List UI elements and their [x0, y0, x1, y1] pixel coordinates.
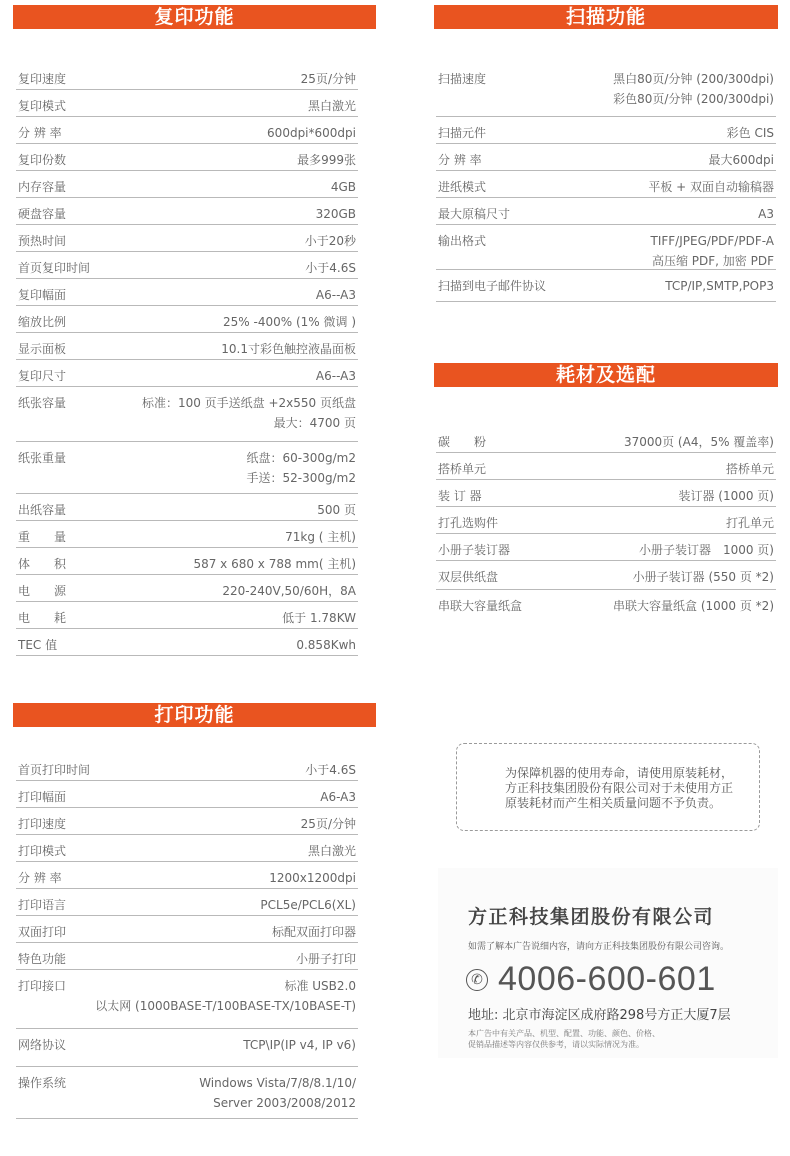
spec-value: 搭桥单元 [726, 459, 774, 479]
spec-value-line: 纸盘：60-300g/m2 [247, 448, 357, 468]
spec-value: 小于20秒 [305, 231, 356, 251]
spec-label: 扫描速度 [438, 69, 486, 89]
spec-row: 分 辨 率最大600dpi [436, 144, 776, 171]
spec-value: 黑白激光 [308, 841, 356, 861]
company-subtitle: 如需了解本广告说细内容，请向方正科技集团股份有限公司咨询。 [468, 939, 729, 952]
spec-value-line: PCL5e/PCL6(XL) [260, 895, 356, 915]
spec-value-line: 标准 USB2.0 [95, 976, 356, 996]
spec-value: A3 [758, 204, 774, 224]
spec-row: 首页复印时间小于4.6S [16, 252, 358, 279]
spec-row: 电 源220-240V,50/60H，8A [16, 575, 358, 602]
spec-row: 显示面板10.1寸彩色触控液晶面板 [16, 333, 358, 360]
spec-value-line: Windows Vista/7/8/8.1/10/ [199, 1073, 356, 1093]
spec-value-line: TCP\IP(IP v4, IP v6) [243, 1035, 356, 1055]
spec-value-line: 彩色 CIS [727, 123, 774, 143]
spec-row: 打印速度25页/分钟 [16, 808, 358, 835]
copy-section-header: 复印功能 [13, 5, 376, 29]
spec-row: 复印幅面A6--A3 [16, 279, 358, 306]
spec-label: 预热时间 [18, 231, 66, 251]
spec-value: 标准：100 页手送纸盘 +2x550 页纸盘最大：4700 页 [142, 393, 356, 433]
spec-value-line: 黑白80页/分钟 (200/300dpi) [613, 69, 774, 89]
spec-label: 输出格式 [438, 231, 486, 251]
spec-value: 彩色 CIS [727, 123, 774, 143]
spec-row: 小册子装订器小册子装订器 1000 页) [436, 534, 776, 561]
spec-value-line: 37000页 (A4，5% 覆盖率) [624, 432, 774, 452]
spec-value-line: 25页/分钟 [301, 814, 356, 834]
spec-label: 硬盘容量 [18, 204, 66, 224]
spec-row: 搭桥单元搭桥单元 [436, 453, 776, 480]
spec-label: 网络协议 [18, 1035, 66, 1055]
disclaimer-line-1: 本广告中有关产品、机型、配置、功能、颜色、价格、 [468, 1028, 660, 1039]
spec-value: 小册子装订器 1000 页) [639, 540, 774, 560]
spec-label: 特色功能 [18, 949, 66, 969]
spec-row: 扫描到电子邮件协议TCP/IP,SMTP,POP3 [436, 270, 776, 302]
spec-value: 纸盘：60-300g/m2手送：52-300g/m2 [247, 448, 357, 488]
spec-row: 复印速度25页/分钟 [16, 63, 358, 90]
spec-value: 最大600dpi [709, 150, 774, 170]
disclaimer: 本广告中有关产品、机型、配置、功能、颜色、价格、 促销品描述等内容仅供参考，请以… [468, 1028, 660, 1050]
spec-value-line: 彩色80页/分钟 (200/300dpi) [613, 89, 774, 109]
spec-row: 首页打印时间小于4.6S [16, 754, 358, 781]
spec-value-line: 小册子装订器 (550 页 *2) [633, 567, 774, 587]
spec-value-line: 串联大容量纸盒 (1000 页 *2) [613, 596, 774, 616]
spec-label: 复印幅面 [18, 285, 66, 305]
spec-value: 标准 USB2.0以太网 (1000BASE-T/100BASE-TX/10BA… [95, 976, 356, 1016]
copy-spec-table: 复印速度25页/分钟复印模式黑白激光分 辨 率600dpi*600dpi复印份数… [16, 63, 358, 656]
spec-label: 打孔选购件 [438, 513, 498, 533]
spec-row: 纸张容量标准：100 页手送纸盘 +2x550 页纸盘最大：4700 页 [16, 387, 358, 442]
spec-row: 双面打印标配双面打印器 [16, 916, 358, 943]
scan-section-header: 扫描功能 [434, 5, 778, 29]
company-address: 地址: 北京市海淀区成府路298号方正大厦7层 [468, 1004, 731, 1023]
spec-row: 缩放比例25% -400% (1% 微调 ) [16, 306, 358, 333]
spec-row: 输出格式TIFF/JPEG/PDF/PDF-A高压缩 PDF, 加密 PDF [436, 225, 776, 270]
spec-label: 分 辨 率 [18, 868, 62, 888]
spec-value: 4GB [331, 177, 356, 197]
spec-value: 黑白激光 [308, 96, 356, 116]
spec-row: 进纸模式平板 + 双面自动输稿器 [436, 171, 776, 198]
spec-value: TCP\IP(IP v4, IP v6) [243, 1035, 356, 1055]
spec-value-line: 高压缩 PDF, 加密 PDF [651, 251, 775, 271]
spec-row: 复印模式黑白激光 [16, 90, 358, 117]
phone-icon: ✆ [466, 969, 488, 991]
spec-label: 出纸容量 [18, 500, 66, 520]
spec-value-line: 小于20秒 [305, 231, 356, 251]
spec-row: 电 耗低于 1.78KW [16, 602, 358, 629]
spec-value-line: 587 x 680 x 788 mm( 主机) [193, 554, 356, 574]
spec-value: A6--A3 [316, 285, 356, 305]
spec-value-line: 黑白激光 [308, 96, 356, 116]
spec-label: 纸张容量 [18, 393, 66, 413]
spec-value: 25页/分钟 [301, 814, 356, 834]
spec-label: 搭桥单元 [438, 459, 486, 479]
phone-number[interactable]: 4006-600-601 [498, 960, 716, 999]
spec-value-line: 0.858Kwh [296, 635, 356, 655]
spec-label: 扫描到电子邮件协议 [438, 276, 546, 296]
genuine-supplies-notice: 为保障机器的使用寿命，请使用原装耗材，方正科技集团股份有限公司对于未使用方正原装… [456, 743, 760, 831]
spec-label: 复印模式 [18, 96, 66, 116]
spec-label: 复印份数 [18, 150, 66, 170]
spec-value-line: 71kg ( 主机) [285, 527, 356, 547]
spec-value: A6-A3 [320, 787, 356, 807]
spec-row: 分 辨 率1200x1200dpi [16, 862, 358, 889]
spec-label: 显示面板 [18, 339, 66, 359]
spec-value-line: 搭桥单元 [726, 459, 774, 479]
spec-value-line: 600dpi*600dpi [267, 123, 356, 143]
disclaimer-line-2: 促销品描述等内容仅供参考，请以实际情况为准。 [468, 1039, 660, 1050]
spec-value-line: 1200x1200dpi [269, 868, 356, 888]
spec-value-line: 320GB [316, 204, 356, 224]
print-spec-table: 首页打印时间小于4.6S打印幅面A6-A3打印速度25页/分钟打印模式黑白激光分… [16, 754, 358, 1119]
spec-value-line: 标配双面打印器 [272, 922, 356, 942]
spec-label: 打印速度 [18, 814, 66, 834]
spec-label: 打印接口 [18, 976, 66, 996]
spec-value-line: 4GB [331, 177, 356, 197]
spec-label: 扫描元件 [438, 123, 486, 143]
spec-value-line: 以太网 (1000BASE-T/100BASE-TX/10BASE-T) [95, 996, 356, 1016]
spec-label: 纸张重量 [18, 448, 66, 468]
spec-value: 最多999张 [297, 150, 356, 170]
spec-row: 内存容量4GB [16, 171, 358, 198]
consumables-section-header: 耗材及选配 [434, 363, 778, 387]
spec-label: 打印幅面 [18, 787, 66, 807]
spec-label: 双面打印 [18, 922, 66, 942]
spec-label: 内存容量 [18, 177, 66, 197]
spec-value-line: 最大600dpi [709, 150, 774, 170]
spec-value-line: 25% -400% (1% 微调 ) [223, 312, 356, 332]
spec-value: 220-240V,50/60H，8A [222, 581, 356, 601]
spec-value: 37000页 (A4，5% 覆盖率) [624, 432, 774, 452]
spec-value: 320GB [316, 204, 356, 224]
spec-value-line: 小册子打印 [296, 949, 356, 969]
spec-label: 首页复印时间 [18, 258, 90, 278]
spec-row: 串联大容量纸盒串联大容量纸盒 (1000 页 *2) [436, 590, 776, 620]
spec-value: A6--A3 [316, 366, 356, 386]
spec-value: 装订器 (1000 页) [678, 486, 774, 506]
spec-value: 平板 + 双面自动输稿器 [648, 177, 774, 197]
spec-value: 600dpi*600dpi [267, 123, 356, 143]
spec-row: TEC 值0.858Kwh [16, 629, 358, 656]
company-name: 方正科技集团股份有限公司 [468, 902, 714, 929]
spec-row: 分 辨 率600dpi*600dpi [16, 117, 358, 144]
spec-label: 分 辨 率 [438, 150, 482, 170]
spec-value: TCP/IP,SMTP,POP3 [665, 276, 774, 296]
spec-label: 装 订 器 [438, 486, 482, 506]
spec-row: 打孔选购件打孔单元 [436, 507, 776, 534]
spec-value-line: 小于4.6S [305, 760, 356, 780]
spec-label: 打印模式 [18, 841, 66, 861]
spec-label: 缩放比例 [18, 312, 66, 332]
spec-value: 小于4.6S [305, 760, 356, 780]
spec-label: 重 量 [18, 527, 66, 547]
spec-label: 小册子装订器 [438, 540, 510, 560]
spec-value-line: 平板 + 双面自动输稿器 [648, 177, 774, 197]
spec-row: 最大原稿尺寸A3 [436, 198, 776, 225]
spec-label: 双层供纸盘 [438, 567, 498, 587]
spec-value-line: TCP/IP,SMTP,POP3 [665, 276, 774, 296]
spec-value-line: 手送：52-300g/m2 [247, 468, 357, 488]
spec-row: 操作系统Windows Vista/7/8/8.1/10/Server 2003… [16, 1067, 358, 1119]
consumables-table: 碳 粉37000页 (A4，5% 覆盖率)搭桥单元搭桥单元装 订 器装订器 (1… [436, 426, 776, 620]
spec-value-line: 500 页 [317, 500, 356, 520]
spec-value: 587 x 680 x 788 mm( 主机) [193, 554, 356, 574]
spec-value-line: 低于 1.78KW [282, 608, 356, 628]
spec-value: 小于4.6S [305, 258, 356, 278]
spec-value: 1200x1200dpi [269, 868, 356, 888]
spec-value-line: A6--A3 [316, 285, 356, 305]
spec-value-line: A3 [758, 204, 774, 224]
spec-row: 体 积587 x 680 x 788 mm( 主机) [16, 548, 358, 575]
spec-value: Windows Vista/7/8/8.1/10/Server 2003/200… [199, 1073, 356, 1113]
spec-value: TIFF/JPEG/PDF/PDF-A高压缩 PDF, 加密 PDF [651, 231, 775, 271]
scan-spec-table: 扫描速度黑白80页/分钟 (200/300dpi)彩色80页/分钟 (200/3… [436, 63, 776, 302]
spec-row: 出纸容量500 页 [16, 494, 358, 521]
spec-row: 特色功能小册子打印 [16, 943, 358, 970]
spec-value: 小册子装订器 (550 页 *2) [633, 567, 774, 587]
spec-label: 进纸模式 [438, 177, 486, 197]
spec-value: 低于 1.78KW [282, 608, 356, 628]
spec-value: 500 页 [317, 500, 356, 520]
spec-value: 71kg ( 主机) [285, 527, 356, 547]
spec-value-line: 最大：4700 页 [142, 413, 356, 433]
spec-value-line: Server 2003/2008/2012 [199, 1093, 356, 1113]
spec-row: 复印份数最多999张 [16, 144, 358, 171]
spec-row: 硬盘容量320GB [16, 198, 358, 225]
spec-label: 分 辨 率 [18, 123, 62, 143]
spec-value: 串联大容量纸盒 (1000 页 *2) [613, 596, 774, 616]
spec-value-line: 小于4.6S [305, 258, 356, 278]
spec-value-line: 最多999张 [297, 150, 356, 170]
spec-label: TEC 值 [18, 635, 57, 655]
notice-text: 为保障机器的使用寿命，请使用原装耗材，方正科技集团股份有限公司对于未使用方正原装… [505, 766, 733, 810]
spec-value: 标配双面打印器 [272, 922, 356, 942]
spec-value: 25% -400% (1% 微调 ) [223, 312, 356, 332]
spec-row: 碳 粉37000页 (A4，5% 覆盖率) [436, 426, 776, 453]
spec-row: 打印接口标准 USB2.0以太网 (1000BASE-T/100BASE-TX/… [16, 970, 358, 1029]
spec-value: 25页/分钟 [301, 69, 356, 89]
spec-row: 打印幅面A6-A3 [16, 781, 358, 808]
spec-value-line: TIFF/JPEG/PDF/PDF-A [651, 231, 775, 251]
spec-label: 首页打印时间 [18, 760, 90, 780]
spec-row: 打印语言PCL5e/PCL6(XL) [16, 889, 358, 916]
spec-value: 打孔单元 [726, 513, 774, 533]
spec-value: 小册子打印 [296, 949, 356, 969]
spec-row: 双层供纸盘小册子装订器 (550 页 *2) [436, 561, 776, 590]
spec-row: 打印模式黑白激光 [16, 835, 358, 862]
company-contact-block: 方正科技集团股份有限公司 如需了解本广告说细内容，请向方正科技集团股份有限公司咨… [438, 868, 778, 1058]
spec-label: 复印尺寸 [18, 366, 66, 386]
spec-row: 网络协议TCP\IP(IP v4, IP v6) [16, 1029, 358, 1067]
spec-row: 复印尺寸A6--A3 [16, 360, 358, 387]
spec-value-line: 标准：100 页手送纸盘 +2x550 页纸盘 [142, 393, 356, 413]
spec-row: 纸张重量纸盘：60-300g/m2手送：52-300g/m2 [16, 442, 358, 494]
spec-value: 0.858Kwh [296, 635, 356, 655]
spec-value: 10.1寸彩色触控液晶面板 [221, 339, 356, 359]
spec-row: 扫描速度黑白80页/分钟 (200/300dpi)彩色80页/分钟 (200/3… [436, 63, 776, 117]
spec-label: 碳 粉 [438, 432, 486, 452]
spec-label: 串联大容量纸盒 [438, 596, 522, 616]
spec-value-line: 黑白激光 [308, 841, 356, 861]
spec-label: 操作系统 [18, 1073, 66, 1093]
spec-value-line: 装订器 (1000 页) [678, 486, 774, 506]
spec-value: 黑白80页/分钟 (200/300dpi)彩色80页/分钟 (200/300dp… [613, 69, 774, 109]
spec-row: 重 量71kg ( 主机) [16, 521, 358, 548]
spec-label: 电 源 [18, 581, 66, 601]
spec-value-line: A6--A3 [316, 366, 356, 386]
spec-value-line: 10.1寸彩色触控液晶面板 [221, 339, 356, 359]
spec-label: 体 积 [18, 554, 66, 574]
spec-value-line: A6-A3 [320, 787, 356, 807]
spec-label: 最大原稿尺寸 [438, 204, 510, 224]
spec-value-line: 220-240V,50/60H，8A [222, 581, 356, 601]
spec-row: 预热时间小于20秒 [16, 225, 358, 252]
spec-row: 扫描元件彩色 CIS [436, 117, 776, 144]
spec-value-line: 小册子装订器 1000 页) [639, 540, 774, 560]
spec-value: PCL5e/PCL6(XL) [260, 895, 356, 915]
spec-label: 打印语言 [18, 895, 66, 915]
spec-value-line: 25页/分钟 [301, 69, 356, 89]
spec-label: 电 耗 [18, 608, 66, 628]
spec-value-line: 打孔单元 [726, 513, 774, 533]
spec-row: 装 订 器装订器 (1000 页) [436, 480, 776, 507]
phone-line: ✆ 4006-600-601 [466, 960, 716, 999]
print-section-header: 打印功能 [13, 703, 376, 727]
spec-label: 复印速度 [18, 69, 66, 89]
